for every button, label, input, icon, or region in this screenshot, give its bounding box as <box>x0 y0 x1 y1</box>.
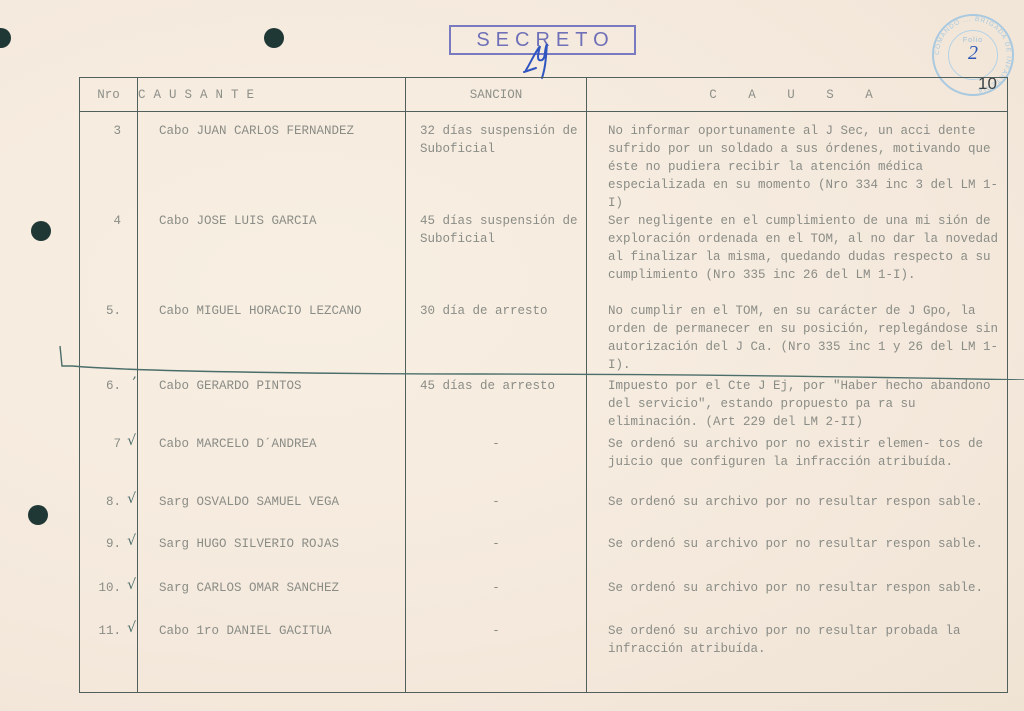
table-row: 6.ʼ Cabo GERARDO PINTOS 45 días de arres… <box>80 377 1008 435</box>
row-nro-text: 7 <box>113 437 121 451</box>
row-nro-text: 10. <box>98 581 121 595</box>
header-causa: C A U S A <box>587 78 1008 112</box>
row-causante: Sarg CARLOS OMAR SANCHEZ <box>138 579 405 597</box>
checkmark-icon: √ <box>127 576 136 594</box>
table-row: 11.√ Cabo 1ro DANIEL GACITUA - Se ordenó… <box>80 622 1008 692</box>
row-sancion: 32 días suspensión de Suboficial <box>406 122 586 158</box>
row-nro: 8.√ <box>80 493 137 511</box>
table-row: 7√ Cabo MARCELO D´ANDREA - Se ordenó su … <box>80 435 1008 493</box>
binder-hole-icon <box>31 221 51 241</box>
sanctions-table: Nro CAUSANTE SANCION C A U S A 3 Cabo JU… <box>79 77 1008 693</box>
header-causante: CAUSANTE <box>138 78 406 112</box>
row-causante: Cabo JUAN CARLOS FERNANDEZ <box>138 122 405 140</box>
table-row: 8.√ Sarg OSVALDO SAMUEL VEGA - Se ordenó… <box>80 493 1008 535</box>
row-causa: Se ordenó su archivo por no resultar res… <box>587 493 1007 511</box>
row-causa: Se ordenó su archivo por no resultar res… <box>587 579 1007 597</box>
checkmark-icon: √ <box>127 490 136 508</box>
row-sancion: - <box>406 493 586 511</box>
header-nro: Nro <box>80 78 138 112</box>
folio-number: 2 <box>949 44 997 62</box>
row-sancion: - <box>406 622 586 640</box>
seal-folio-box: Folio 2 <box>948 30 998 80</box>
checkmark-icon: √ <box>127 619 136 637</box>
row-nro: 4 <box>80 212 137 230</box>
row-causa: Ser negligente en el cumplimiento de una… <box>587 212 1007 284</box>
row-nro: 7√ <box>80 435 137 453</box>
row-causa: Se ordenó su archivo por no resultar pro… <box>587 622 1007 658</box>
row-nro: 3 <box>80 122 137 140</box>
row-causa: No informar oportunamente al J Sec, un a… <box>587 122 1007 212</box>
table-row: 3 Cabo JUAN CARLOS FERNANDEZ 32 días sus… <box>80 112 1008 213</box>
binder-hole-icon <box>264 28 284 48</box>
row-sancion: 30 día de arresto <box>406 302 586 320</box>
checkmark-icon: √ <box>127 532 136 550</box>
row-causante: Sarg HUGO SILVERIO ROJAS <box>138 535 405 553</box>
row-nro-text: 6. <box>106 379 121 393</box>
checkmark-icon: √ <box>127 432 136 450</box>
scanned-page: SECRETO COMANDO ... BRIGADA DE INFANTERI… <box>0 0 1024 711</box>
row-causa: Impuesto por el Cte J Ej, por "Haber hec… <box>587 377 1007 431</box>
row-nro-text: 8. <box>106 495 121 509</box>
row-nro: 11.√ <box>80 622 137 640</box>
signature-icon <box>520 40 560 80</box>
table-header-row: Nro CAUSANTE SANCION C A U S A <box>80 78 1008 112</box>
row-nro-text: 9. <box>106 537 121 551</box>
row-nro: 5. <box>80 302 137 320</box>
row-causante: Sarg OSVALDO SAMUEL VEGA <box>138 493 405 511</box>
row-sancion: 45 días suspensión de Suboficial <box>406 212 586 248</box>
row-causante: Cabo JOSE LUIS GARCIA <box>138 212 405 230</box>
row-sancion: - <box>406 535 586 553</box>
row-causante: Cabo MARCELO D´ANDREA <box>138 435 405 453</box>
row-nro: 10.√ <box>80 579 137 597</box>
row-sancion: - <box>406 579 586 597</box>
header-sancion: SANCION <box>406 78 587 112</box>
table-row: 9.√ Sarg HUGO SILVERIO ROJAS - Se ordenó… <box>80 535 1008 579</box>
binder-hole-icon <box>0 28 11 48</box>
row-nro: 9.√ <box>80 535 137 553</box>
row-sancion: - <box>406 435 586 453</box>
table-row: 4 Cabo JOSE LUIS GARCIA 45 días suspensi… <box>80 212 1008 302</box>
table-row: 10.√ Sarg CARLOS OMAR SANCHEZ - Se orden… <box>80 579 1008 622</box>
row-causante: Cabo MIGUEL HORACIO LEZCANO <box>138 302 405 320</box>
binder-hole-icon <box>28 505 48 525</box>
row-causante: Cabo 1ro DANIEL GACITUA <box>138 622 405 640</box>
handdrawn-divider-line <box>58 340 1024 380</box>
row-causa: Se ordenó su archivo por no existir elem… <box>587 435 1007 471</box>
row-causa: Se ordenó su archivo por no resultar res… <box>587 535 1007 553</box>
row-nro-text: 11. <box>98 624 121 638</box>
